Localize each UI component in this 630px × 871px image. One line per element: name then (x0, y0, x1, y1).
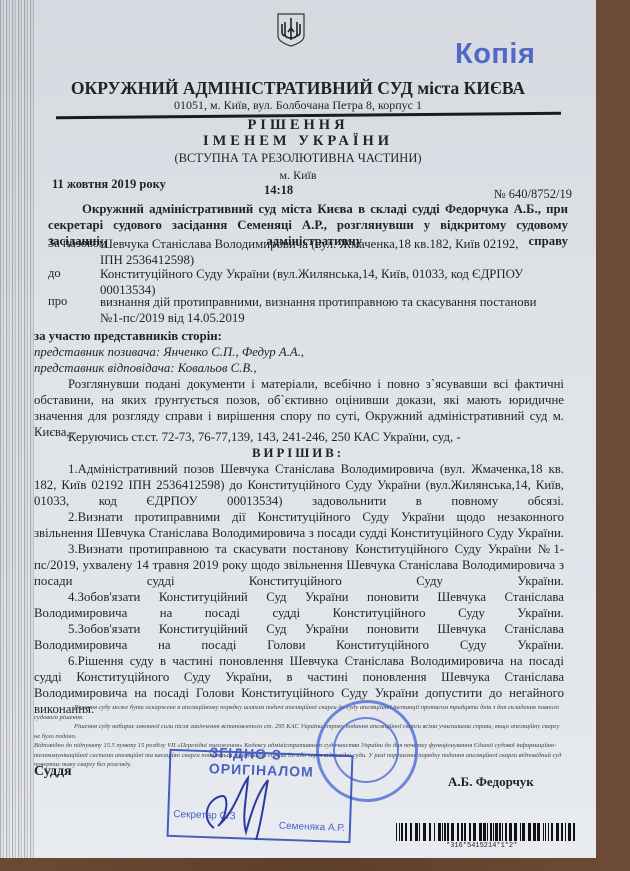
judge-name: А.Б. Федорчук (448, 774, 534, 790)
resolution-5: 5.Зобов'язати Конституційний Суд України… (34, 621, 564, 653)
parts-subheading: (ВСТУПНА ТА РЕЗОЛЮТИВНА ЧАСТИНИ) (0, 151, 596, 166)
subject-label: про (48, 294, 67, 309)
plaintiff: Шевчука Станіслава Володимировича (вул. … (100, 236, 540, 268)
subject: визнання дій протиправними, визнання про… (100, 294, 540, 326)
resolution-4: 4.Зобов'язати Конституційний Суд України… (34, 589, 564, 621)
in-name-heading: ІМЕНЕМ УКРАЇНИ (0, 133, 596, 150)
resolution-3: 3.Визнати протиправною та скасувати пост… (34, 541, 564, 589)
plaintiff-label: За позовом (48, 236, 107, 251)
copy-stamp: Копія (455, 38, 535, 71)
coat-of-arms-icon (276, 12, 306, 48)
resolved-heading: ВИРІШИВ: (0, 445, 596, 461)
resolution-2: 2.Визнати протиправними дії Конституційн… (34, 509, 564, 541)
resolution-1: 1.Адміністративний позов Шевчука Станісл… (34, 461, 564, 509)
representatives-heading: за участю представників сторін: (34, 328, 222, 344)
signature-mark (196, 770, 286, 845)
secretary-name: Семеняка А.Р. (279, 821, 345, 834)
decision-time: 14:18 (264, 183, 293, 198)
footnote-appeal: Рішення суду може бути оскаржене в апеля… (34, 703, 564, 722)
court-address: 01051, м. Київ, вул. Болбочана Петра 8, … (0, 98, 596, 113)
defendant-representative: представник відповідача: Ковальов С.В., (34, 360, 257, 376)
plaintiff-representative: представник позивача: Янченко С.П., Феду… (34, 344, 304, 360)
case-number: № 640/8752/19 (494, 187, 572, 202)
defendant-label: до (48, 266, 61, 281)
guided-by: Керуючись ст.ст. 72-73, 76-77,139, 143, … (68, 429, 461, 445)
decision-heading: РІШЕННЯ (0, 117, 596, 134)
barcode-number: *316*5415214*1*2* (446, 842, 517, 850)
court-decision-page: Копія ОКРУЖНИЙ АДМІНІСТРАТИВНИЙ СУД міст… (0, 0, 596, 858)
decision-date: 11 жовтня 2019 року (52, 177, 166, 192)
judge-label: Суддя (34, 764, 72, 780)
court-title: ОКРУЖНИЙ АДМІНІСТРАТИВНИЙ СУД міста КИЄВ… (0, 78, 596, 99)
barcode (396, 823, 577, 841)
footnote-effect: Рішення суду набирає законної сили після… (34, 722, 564, 741)
